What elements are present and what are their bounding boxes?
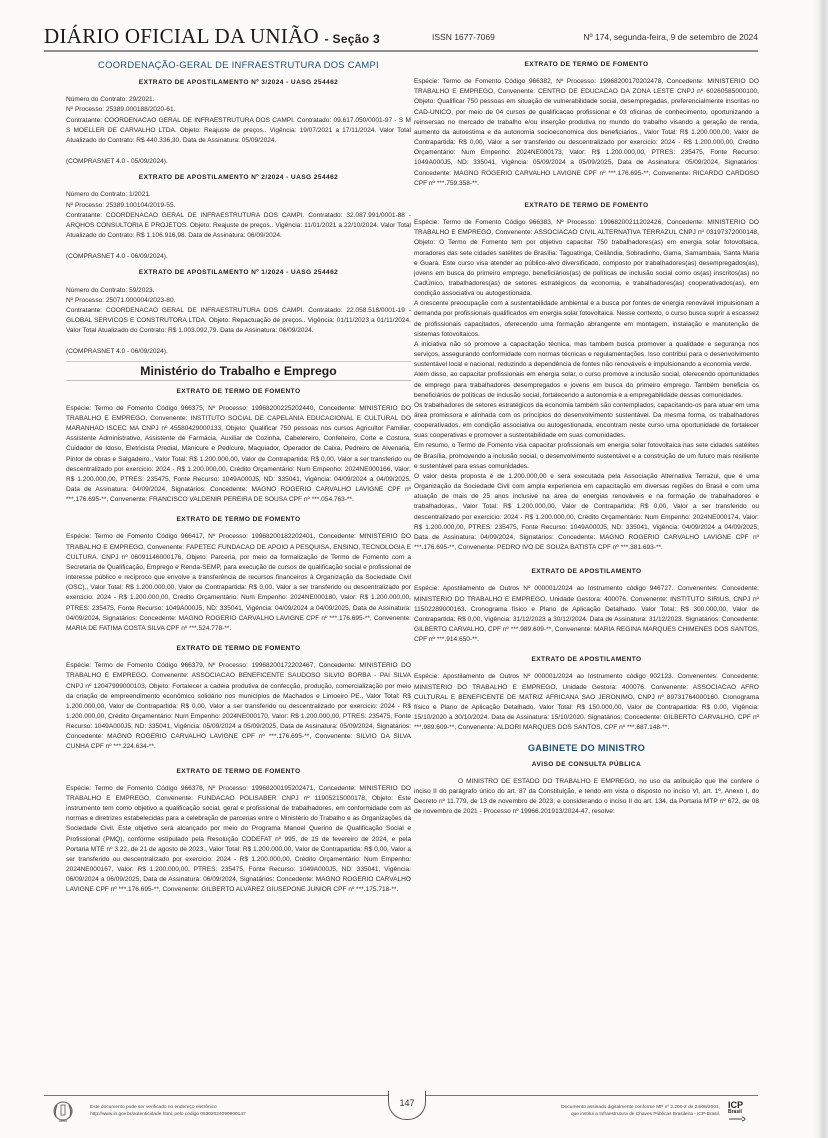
gabinete-heading: GABINETE DO MINISTRO [414,743,759,753]
source-note: (COMPRASNET 4.0 - 06/09/2024). [66,252,411,262]
extrato-paragraph: A crescente preocupação com a sustentabi… [414,299,759,340]
extrato-fomento-966376: EXTRATO DE TERMO DE FOMENTO Espécie: Ter… [66,767,411,896]
extrato-title: EXTRATO DE TERMO DE FOMENTO [414,60,759,70]
extrato-apostilamento-1: EXTRATO DE APOSTILAMENTO Nº 1/2024 - UAS… [66,268,411,357]
organ-heading: COORDENAÇÃO-GERAL DE INFRAESTRUTURA DOS … [66,60,411,70]
extrato-body: Contratante: COORDENACAO GERAL DE INFRAE… [66,211,411,241]
extrato-apostilamento-946727: EXTRATO DE APOSTILAMENTO Espécie: Aposti… [414,567,759,645]
masthead: DIÁRIO OFICIAL DA UNIÃO - Seção 3 ISSN 1… [44,22,758,52]
process-number: Nº Processo: 25389.100104/2019-55. [66,201,411,211]
extrato-title: EXTRATO DE APOSTILAMENTO [414,567,759,577]
extrato-fomento-966417: EXTRATO DE TERMO DE FOMENTO Espécie: Ter… [66,515,411,634]
extrato-paragraph: Os trabalhadores de setores estratégicos… [414,401,759,442]
extrato-apostilamento-3: EXTRATO DE APOSTILAMENTO Nº 3/2024 - UAS… [66,78,411,167]
contract-number: Número do Contrato: 29/2021. [66,95,411,105]
aviso-consulta-publica: AVISO DE CONSULTA PÚBLICA O MINISTRO DE … [414,760,759,818]
extrato-body: Espécie: Termo de Fomento Código 966376,… [66,784,411,896]
extrato-paragraph: Além disso, ao capacitar profissionais e… [414,370,759,400]
signature-line: Documento assinado digitalmente conforme… [561,1104,720,1111]
extrato-title: EXTRATO DE APOSTILAMENTO Nº 1/2024 - UAS… [66,268,411,278]
extrato-body: Espécie: Apostilamento de Outros Nº 0000… [414,584,759,645]
extrato-paragraph: Espécie: Termo de Fomento Código 966383,… [414,218,759,299]
issn: ISSN 1677-7069 [432,32,495,42]
extrato-body: Espécie: Termo de Fomento Código 966379,… [66,661,411,752]
newspaper-page: DIÁRIO OFICIAL DA UNIÃO - Seção 3 ISSN 1… [44,0,758,1138]
extrato-title: EXTRATO DE APOSTILAMENTO Nº 3/2024 - UAS… [66,78,411,88]
left-column: COORDENAÇÃO-GERAL DE INFRAESTRUTURA DOS … [66,58,411,895]
extrato-title: EXTRATO DE APOSTILAMENTO [414,655,759,665]
coat-of-arms-icon [52,1099,74,1125]
aviso-title: AVISO DE CONSULTA PÚBLICA [414,760,759,770]
extrato-apostilamento-2: EXTRATO DE APOSTILAMENTO Nº 2/2024 - UAS… [66,173,411,262]
icp-brasil-logo-icon: ICP Brasil [728,1101,758,1125]
page-footer: Este documento pode ser verificado no en… [44,1091,758,1131]
publication-name: DIÁRIO OFICIAL DA UNIÃO [44,24,319,48]
publication-title: DIÁRIO OFICIAL DA UNIÃO - Seção 3 [44,24,380,49]
extrato-title: EXTRATO DE TERMO DE FOMENTO [66,515,411,525]
extrato-body: Contratante: COORDENACAO GERAL DE INFRAE… [66,116,411,146]
contract-number: Número do Contrato: 59/2023. [66,286,411,296]
extrato-title: EXTRATO DE TERMO DE FOMENTO [66,767,411,777]
extrato-title: EXTRATO DE APOSTILAMENTO Nº 2/2024 - UAS… [66,173,411,183]
extrato-apostilamento-902123: EXTRATO DE APOSTILAMENTO Espécie: Aposti… [414,655,759,733]
extrato-title: EXTRATO DE TERMO DE FOMENTO [414,201,759,211]
extrato-body: Espécie: Termo de Fomento Código 966417,… [66,532,411,634]
extrato-title: EXTRATO DE TERMO DE FOMENTO [66,644,411,654]
extrato-fomento-966379: EXTRATO DE TERMO DE FOMENTO Espécie: Ter… [66,644,411,753]
extrato-title: EXTRATO DE TERMO DE FOMENTO [66,387,411,397]
process-number: Nº Processo: 25389.000188/2020-61. [66,105,411,115]
digital-signature-note: Documento assinado digitalmente conforme… [561,1104,720,1118]
extrato-fomento-966375: EXTRATO DE TERMO DE FOMENTO Espécie: Ter… [66,387,411,506]
source-note: (COMPRASNET 4.0 - 06/09/2024). [66,347,411,357]
process-number: Nº Processo: 25071.000004/2023-80. [66,296,411,306]
page-edge-shadow [812,0,828,1138]
verification-line: Este documento pode ser verificado no en… [90,1104,246,1111]
extrato-fomento-966382: EXTRATO DE TERMO DE FOMENTO Espécie: Ter… [414,60,759,189]
extrato-paragraph: O valor desta proposta é de 1.200.000,00… [414,472,759,553]
extrato-paragraph: A iniciativa não só promove a capacitaçã… [414,340,759,370]
section-label: - Seção 3 [325,32,380,46]
aviso-body: O MINISTRO DE ESTADO DO TRABALHO E EMPRE… [414,777,759,818]
edition-date: Nº 174, segunda-feira, 9 de setembro de … [583,32,758,42]
extrato-body: Contratante: COORDENACAO GERAL DE INFRAE… [66,306,411,336]
verification-note: Este documento pode ser verificado no en… [90,1104,246,1118]
contract-number: Número do Contrato: 1/2021. [66,190,411,200]
extrato-body: Espécie: Termo de Fomento Código 966375,… [66,404,411,506]
right-column: EXTRATO DE TERMO DE FOMENTO Espécie: Ter… [414,58,759,817]
signature-line: que institui a Infraestrutura de Chaves … [561,1111,720,1118]
extrato-paragraph: Em resumo, o Termo de Fomento visa capac… [414,441,759,471]
ministry-heading: Ministério do Trabalho e Emprego [66,361,411,380]
extrato-body: Espécie: Termo de Fomento Código 966382,… [414,77,759,189]
extrato-fomento-966383: EXTRATO DE TERMO DE FOMENTO Espécie: Ter… [414,201,759,553]
source-note: (COMPRASNET 4.0 - 05/09/2024). [66,157,411,167]
page-number: 147 [388,1091,426,1120]
verification-url[interactable]: http://www.in.gov.br/autenticidade.html,… [90,1111,246,1118]
extrato-body: Espécie: Apostilamento de Outros Nº 0000… [414,672,759,733]
